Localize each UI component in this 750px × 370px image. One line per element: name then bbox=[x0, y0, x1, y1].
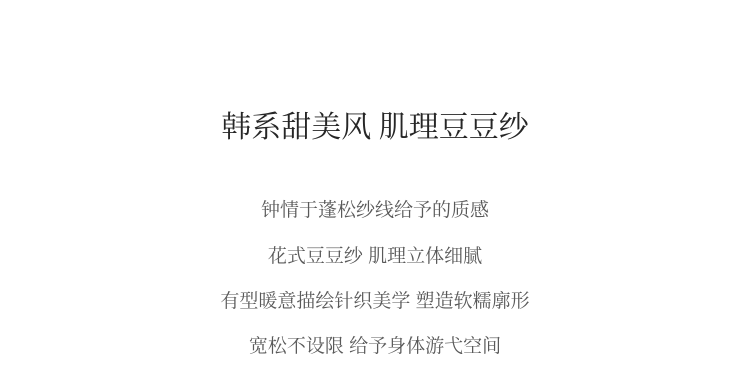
description-line: 花式豆豆纱 肌理立体细腻 bbox=[0, 246, 750, 267]
description-line: 宽松不设限 给予身体游弋空间 bbox=[0, 336, 750, 357]
product-description-section: 韩系甜美风 肌理豆豆纱 钟情于蓬松纱线给予的质感 花式豆豆纱 肌理立体细腻 有型… bbox=[0, 0, 750, 370]
description-line: 钟情于蓬松纱线给予的质感 bbox=[0, 200, 750, 221]
page-title: 韩系甜美风 肌理豆豆纱 bbox=[0, 111, 750, 145]
description-line: 有型暖意描绘针织美学 塑造软糯廓形 bbox=[0, 291, 750, 312]
